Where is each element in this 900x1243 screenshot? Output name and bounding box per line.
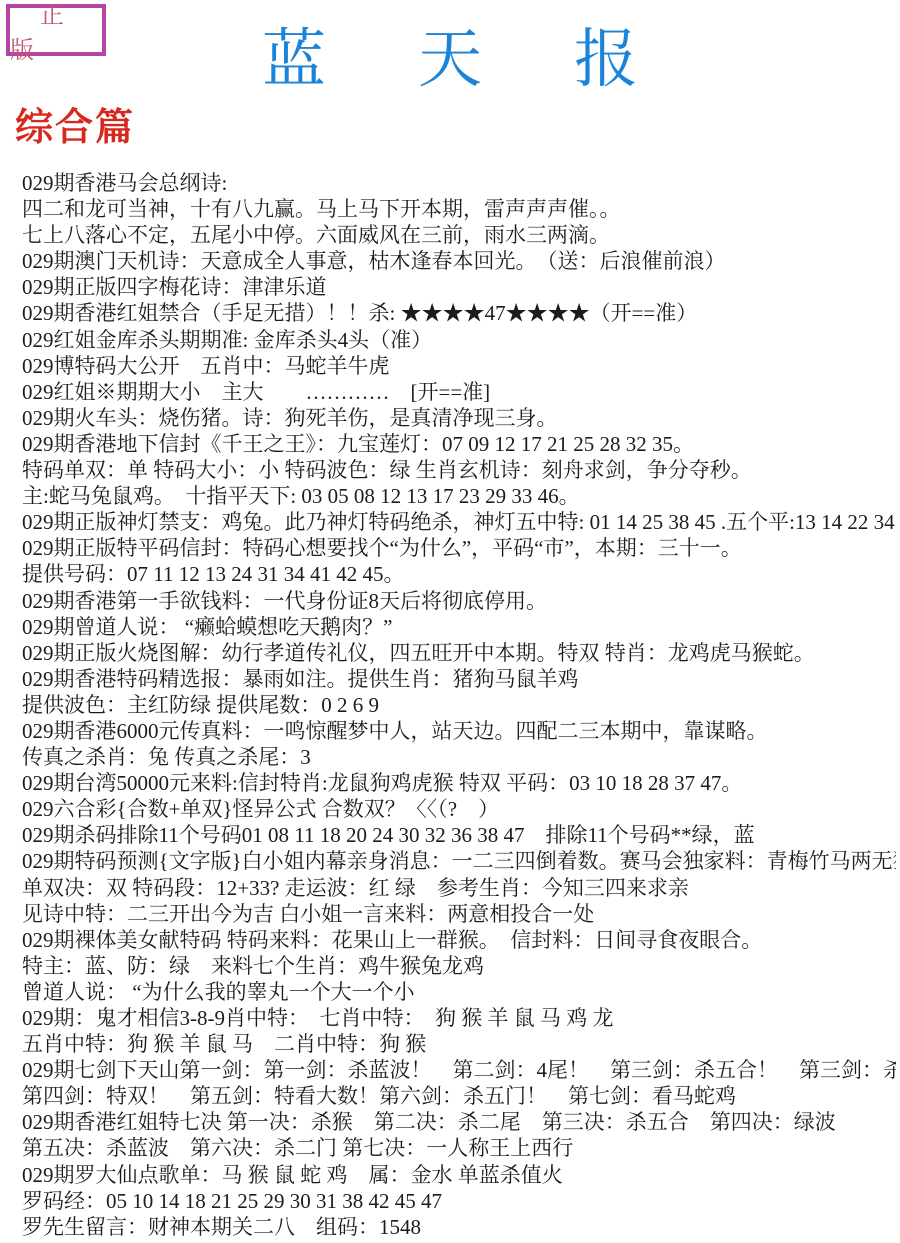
report-line: 029期七剑下天山第一剑：第一剑：杀蓝波！ 第二剑：4尾！ 第三剑：杀五合！ 第… bbox=[22, 1057, 896, 1083]
report-line: 第五决：杀蓝波 第六决：杀二门 第七决：一人称王上西行 bbox=[22, 1135, 896, 1161]
report-line: 029期罗大仙点歌单：马 猴 鼠 蛇 鸡 属：金水 单蓝杀值火 bbox=[22, 1162, 896, 1188]
report-line: 五肖中特：狗 猴 羊 鼠 马 二肖中特：狗 猴 bbox=[22, 1031, 896, 1057]
report-line: 029期裸体美女献特码 特码来料：花果山上一群猴。 信封料：日间寻食夜眼合。 bbox=[22, 927, 896, 953]
section-title: 综合篇 bbox=[15, 96, 135, 151]
report-line: 见诗中特：二三开出今为吉 白小姐一言来料：两意相投合一处 bbox=[22, 901, 896, 927]
report-line: 029期正版神灯禁支：鸡兔。此乃神灯特码绝杀，神灯五中特: 01 14 25 3… bbox=[22, 509, 896, 535]
report-line: 029期正版特平码信封：特码心想要找个“为什么”，平码“市”，本期：三十一。 bbox=[22, 535, 896, 561]
report-line: 029期台湾50000元来料:信封特肖:龙鼠狗鸡虎猴 特双 平码：03 10 1… bbox=[22, 770, 896, 796]
report-line: 029期香港马会总纲诗: bbox=[22, 170, 896, 196]
report-line: 提供波色：主红防绿 提供尾数：0 2 6 9 bbox=[22, 692, 896, 718]
report-line: 029期香港红姐禁合（手足无措）！！杀: ★★★★47★★★★（开==准） bbox=[22, 300, 896, 326]
report-line: 029期香港特码精选报：暴雨如注。提供生肖：猪狗马鼠羊鸡 bbox=[22, 666, 896, 692]
report-line: 029六合彩{合数+单双}怪异公式 合数双？〈〈（? ） bbox=[22, 796, 896, 822]
report-line: 029期澳门天机诗：天意成全人事意，枯木逢春本回光。 （送：后浪催前浪） bbox=[22, 248, 896, 274]
report-line: 罗码经：05 10 14 18 21 25 29 30 31 38 42 45 … bbox=[22, 1188, 896, 1214]
report-line: 四二和龙可当神，十有八九赢。马上马下开本期，雷声声声催。。 bbox=[22, 196, 896, 222]
report-line: 罗先生留言：财神本期关二八 组码：1548 bbox=[22, 1214, 896, 1240]
report-line: 传真之杀肖：兔 传真之杀尾：3 bbox=[22, 744, 896, 770]
report-line: 特码单双：单 特码大小：小 特码波色：绿 生肖玄机诗：刻舟求剑，争分夺秒。 bbox=[22, 457, 896, 483]
report-line: 029期香港第一手欲钱料：一代身份证8天后将彻底停用。 bbox=[22, 588, 896, 614]
report-line: 主:蛇马兔鼠鸡。 十指平天下: 03 05 08 12 13 17 23 29 … bbox=[22, 483, 896, 509]
newspaper-page: 正版 蓝天报 综合篇 029期香港马会总纲诗:四二和龙可当神，十有八九赢。马上马… bbox=[0, 0, 900, 1243]
report-line: 029红姐金库杀头期期准: 金库杀头4头（准） bbox=[22, 327, 896, 353]
report-line: 029期正版火烧图解：幼行孝道传礼仪，四五旺开中本期。特双 特肖：龙鸡虎马猴蛇。 bbox=[22, 640, 896, 666]
report-line: 029期香港红姐特七决 第一决：杀猴 第二决：杀二尾 第三决：杀五合 第四决：绿… bbox=[22, 1109, 896, 1135]
report-line: 曾道人说： “为什么我的睾丸一个大一个小 bbox=[22, 979, 896, 1005]
report-line: 第四剑：特双！ 第五剑：特看大数！第六剑：杀五门！ 第七剑：看马蛇鸡 bbox=[22, 1083, 896, 1109]
report-line: 提供号码：07 11 12 13 24 31 34 41 42 45。 bbox=[22, 561, 896, 587]
report-line: 029博特码大公开 五肖中：马蛇羊牛虎 bbox=[22, 353, 896, 379]
report-line: 七上八落心不定，五尾小中停。六面威风在三前，雨水三两滴。 bbox=[22, 222, 896, 248]
report-line: 029期火车头：烧伤猪。诗：狗死羊伤，是真清净现三身。 bbox=[22, 405, 896, 431]
report-line: 029期正版四字梅花诗：津津乐道 bbox=[22, 274, 896, 300]
report-line: 029期曾道人说： “癞蛤蟆想吃天鹅肉？” bbox=[22, 614, 896, 640]
report-body: 029期香港马会总纲诗:四二和龙可当神，十有八九赢。马上马下开本期，雷声声声催。… bbox=[22, 170, 896, 1243]
report-line: 029期香港地下信封《千王之王》：九宝莲灯：07 09 12 17 21 25 … bbox=[22, 431, 896, 457]
report-line: 029期杀码排除11个号码01 08 11 18 20 24 30 32 36 … bbox=[22, 822, 896, 848]
report-line: 特主：蓝、防：绿 来料七个生肖：鸡牛猴兔龙鸡 bbox=[22, 953, 896, 979]
report-line: ”029期：鬼才相信3-8-9肖中特： 七肖中特： 狗 猴 羊 鼠 马 鸡 龙 bbox=[22, 1005, 896, 1031]
page-title: 蓝天报 bbox=[0, 8, 900, 100]
report-line: 029红姐※期期大小 主大 ………… [开==准] bbox=[22, 379, 896, 405]
report-line: 029期香港6000元传真料：一鸣惊醒梦中人，站天边。四配二三本期中，靠谋略。 bbox=[22, 718, 896, 744]
report-line: 单双决：双 特码段：12+33? 走运波：红 绿 参考生肖：今知三四来求亲 bbox=[22, 875, 896, 901]
report-line: 029期特码预测{文字版}白小姐内幕亲身消息：一二三四倒着数。赛马会独家料：青梅… bbox=[22, 848, 896, 874]
